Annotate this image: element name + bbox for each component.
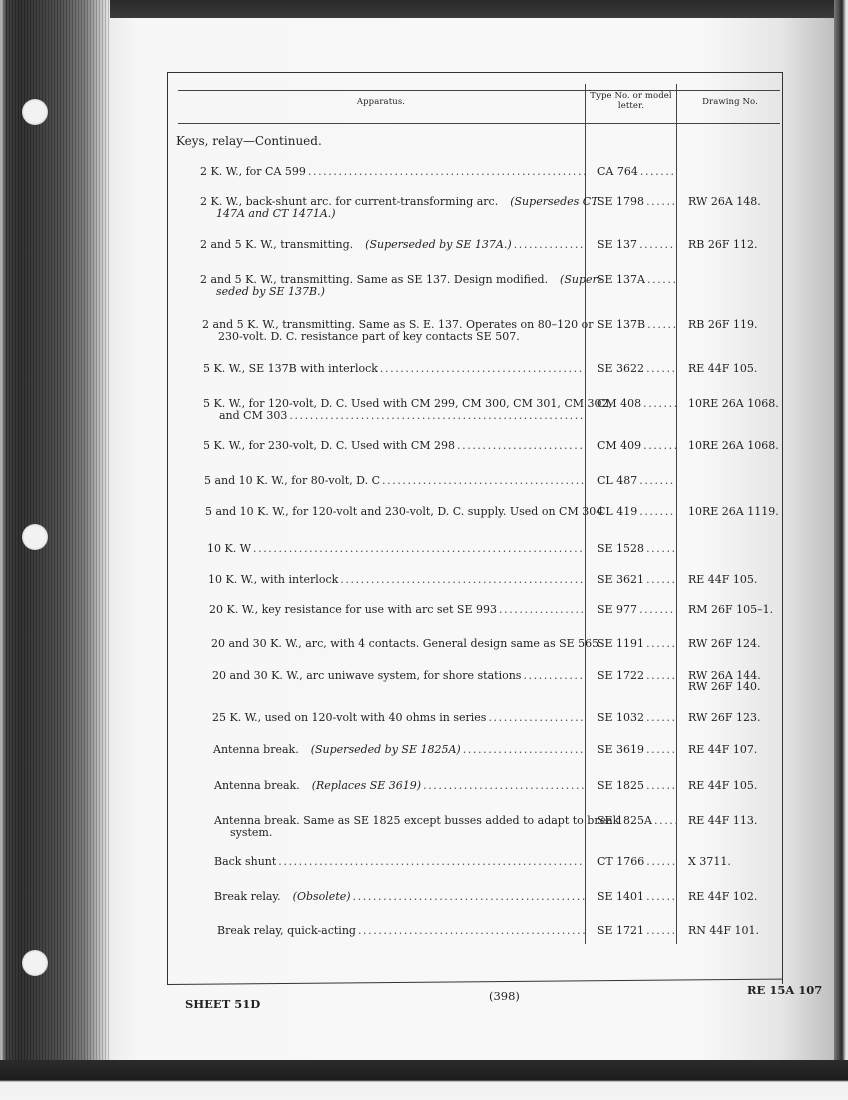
type-number-cell: CM 408 [597,398,677,410]
drawing-number: 10RE 26A 1068. [688,398,778,410]
leader-dots [380,363,586,375]
leader-dots [423,780,586,792]
type-number: SE 1722 [597,670,644,682]
drawing-number-secondary: RW 26F 140. [688,681,778,693]
continuation-text: system. [230,827,272,839]
leader-dots [646,670,677,682]
header-drawing-no: Drawing No. [680,97,780,107]
type-number: CL 419 [597,506,637,518]
drawing-number: RE 44F 102. [688,891,778,903]
leader-dots [654,815,677,827]
type-number: SE 1528 [597,543,644,555]
table-top-rule [167,72,782,73]
leader-dots [640,166,677,178]
drawing-number: RB 26F 119. [688,319,778,331]
leader-dots [499,604,586,616]
leader-dots [488,712,586,724]
type-number: CL 487 [597,475,637,487]
type-number-cell: SE 1722 [597,670,677,682]
leader-dots [646,744,677,756]
header-apparatus: Apparatus. [178,97,584,107]
type-number-cell: CM 409 [597,440,677,452]
leader-dots [639,604,677,616]
apparatus-text: Break relay, quick-acting [217,925,356,937]
leader-dots [289,410,586,422]
leader-dots [646,891,677,903]
drawing-number: RM 26F 105–1. [688,604,778,616]
apparatus-text: 2 and 5 K. W., transmitting. [200,239,353,251]
continuation-text: and CM 303 [219,410,287,422]
continuation-text: seded by SE 137B.) [216,286,325,298]
apparatus-text: Antenna break. [214,780,300,792]
apparatus-note: (Replaces SE 3619) [312,780,421,792]
header-bottom-rule [178,123,780,124]
apparatus-text: 20 and 30 K. W., arc, with 4 contacts. G… [211,638,599,650]
apparatus-continuation: system. [230,827,586,839]
drawing-number: RE 44F 113. [688,815,778,827]
apparatus-continuation: seded by SE 137B.) [216,286,586,298]
leader-dots [523,670,586,682]
leader-dots [646,196,677,208]
apparatus-cell: 20 K. W., key resistance for use with ar… [209,604,586,616]
apparatus-text: Back shunt [214,856,276,868]
apparatus-note: (Super- [560,274,601,286]
type-number-cell: SE 137B [597,319,677,331]
apparatus-continuation: and CM 303 [219,410,586,422]
type-number: SE 1798 [597,196,644,208]
apparatus-text: 20 and 30 K. W., arc uniwave system, for… [212,670,521,682]
apparatus-text: 25 K. W., used on 120-volt with 40 ohms … [212,712,486,724]
leader-dots [643,398,677,410]
leader-dots [358,925,586,937]
apparatus-cell: Break relay.(Obsolete) [214,891,586,903]
leader-dots [639,506,677,518]
type-number: SE 137B [597,319,645,331]
punch-hole-top [22,99,48,125]
type-number-cell: CA 764 [597,166,677,178]
apparatus-text: Antenna break. Same as SE 1825 except bu… [214,815,619,827]
apparatus-note: (Superseded by SE 137A.) [365,239,512,251]
type-number: SE 3621 [597,574,644,586]
scan-border-right [834,0,848,1100]
header-type-no: Type No. or model letter. [588,91,674,111]
apparatus-text: 5 and 10 K. W., for 120-volt and 230-vol… [205,506,603,518]
apparatus-note: (Obsolete) [293,891,351,903]
type-number-cell: CL 487 [597,475,677,487]
type-number: SE 1721 [597,925,644,937]
type-number-cell: SE 1825A [597,815,677,827]
scan-border-bottom [0,1060,848,1100]
type-number-cell: SE 1528 [597,543,677,555]
apparatus-cell: 5 K. W., SE 137B with interlock [203,363,586,375]
type-number: SE 1401 [597,891,644,903]
punch-hole-middle [22,524,48,550]
apparatus-cell: 5 and 10 K. W., for 80-volt, D. C [204,475,586,487]
apparatus-text: Antenna break. [213,744,299,756]
type-number-cell: CL 419 [597,506,677,518]
type-number-cell: SE 3619 [597,744,677,756]
type-number: SE 3619 [597,744,644,756]
type-number: SE 137 [597,239,637,251]
apparatus-cell: 10 K. W., with interlock [208,574,586,586]
apparatus-cell: 5 K. W., for 230-volt, D. C. Used with C… [203,440,586,452]
leader-dots [646,925,677,937]
leader-dots [463,744,586,756]
type-number-cell: SE 137 [597,239,677,251]
type-number: SE 3622 [597,363,644,375]
drawing-number: RE 44F 105. [688,780,778,792]
type-number-cell: SE 3621 [597,574,677,586]
apparatus-cell: 10 K. W [207,543,586,555]
drawing-number: RB 26F 112. [688,239,778,251]
type-number: SE 137A [597,274,645,286]
type-number: CT 1766 [597,856,644,868]
apparatus-cell: Antenna break.(Replaces SE 3619) [214,780,586,792]
type-number: SE 1032 [597,712,644,724]
type-number: SE 1825A [597,815,652,827]
apparatus-text: 2 K. W., for CA 599 [200,166,306,178]
leader-dots [278,856,586,868]
drawing-number: RW 26F 123. [688,712,778,724]
type-number-cell: SE 1191 [597,638,677,650]
type-number-cell: SE 137A [597,274,677,286]
type-number: CM 408 [597,398,641,410]
apparatus-text: 5 and 10 K. W., for 80-volt, D. C [204,475,380,487]
leader-dots [639,475,677,487]
apparatus-cell: 2 and 5 K. W., transmitting.(Superseded … [200,239,586,251]
leader-dots [646,638,677,650]
type-number-cell: SE 1798 [597,196,677,208]
continuation-text: 230-volt. D. C. resistance part of key c… [218,331,520,343]
leader-dots [514,239,586,251]
apparatus-continuation: 230-volt. D. C. resistance part of key c… [218,331,586,343]
punch-hole-bottom [22,950,48,976]
apparatus-cell: Antenna break.(Superseded by SE 1825A) [213,744,586,756]
apparatus-text: 5 K. W., for 230-volt, D. C. Used with C… [203,440,455,452]
leader-dots [308,166,586,178]
leader-dots [457,440,586,452]
leader-dots [253,543,586,555]
leader-dots [643,440,677,452]
continuation-text: 147A and CT 1471A.) [216,208,336,220]
apparatus-note: (Supersedes CT [510,196,598,208]
drawing-number: RW 26F 124. [688,638,778,650]
apparatus-cell: 2 K. W., for CA 599 [200,166,586,178]
drawing-number: RN 44F 101. [688,925,778,937]
reference-code: RE 15A 107 [747,983,822,997]
drawing-number: RE 44F 105. [688,363,778,375]
leader-dots [646,574,677,586]
type-number: SE 1191 [597,638,644,650]
page-number: (398) [489,989,520,1003]
leader-dots [353,891,586,903]
scan-border-top [0,0,848,20]
type-number-cell: SE 1721 [597,925,677,937]
binder-spine [0,0,110,1100]
apparatus-cell: Break relay, quick-acting [217,925,586,937]
type-number: CM 409 [597,440,641,452]
type-number-cell: SE 977 [597,604,677,616]
leader-dots [382,475,586,487]
leader-dots [646,780,677,792]
leader-dots [646,363,677,375]
drawing-number: X 3711. [688,856,778,868]
type-number: SE 977 [597,604,637,616]
leader-dots [340,574,586,586]
drawing-number: RE 44F 107. [688,744,778,756]
apparatus-note: (Superseded by SE 1825A) [311,744,461,756]
leader-dots [646,712,677,724]
drawing-number: 10RE 26A 1119. [688,506,778,518]
apparatus-cell: 5 and 10 K. W., for 120-volt and 230-vol… [205,506,586,518]
apparatus-cell: 20 and 30 K. W., arc, with 4 contacts. G… [211,638,586,650]
apparatus-text: 10 K. W [207,543,251,555]
apparatus-cell: 20 and 30 K. W., arc uniwave system, for… [212,670,586,682]
section-title: Keys, relay—Continued. [176,134,322,148]
apparatus-text: 10 K. W., with interlock [208,574,338,586]
apparatus-text: 20 K. W., key resistance for use with ar… [209,604,497,616]
drawing-number: RW 26A 148. [688,196,778,208]
type-number-cell: SE 3622 [597,363,677,375]
type-number: SE 1825 [597,780,644,792]
leader-dots [647,319,677,331]
sheet-label: SHEET 51D [185,997,260,1011]
type-number-cell: CT 1766 [597,856,677,868]
leader-dots [639,239,677,251]
type-number: CA 764 [597,166,638,178]
apparatus-cell: Back shunt [214,856,586,868]
type-number-cell: SE 1825 [597,780,677,792]
drawing-number: RE 44F 105. [688,574,778,586]
leader-dots [647,274,677,286]
header-top-rule [178,90,780,91]
apparatus-text: Break relay. [214,891,281,903]
type-number-cell: SE 1401 [597,891,677,903]
type-number-cell: SE 1032 [597,712,677,724]
apparatus-text: 5 K. W., SE 137B with interlock [203,363,378,375]
leader-dots [646,543,677,555]
apparatus-cell: 25 K. W., used on 120-volt with 40 ohms … [212,712,586,724]
leader-dots [646,856,677,868]
drawing-number: 10RE 26A 1068. [688,440,778,452]
apparatus-continuation: 147A and CT 1471A.) [216,208,586,220]
